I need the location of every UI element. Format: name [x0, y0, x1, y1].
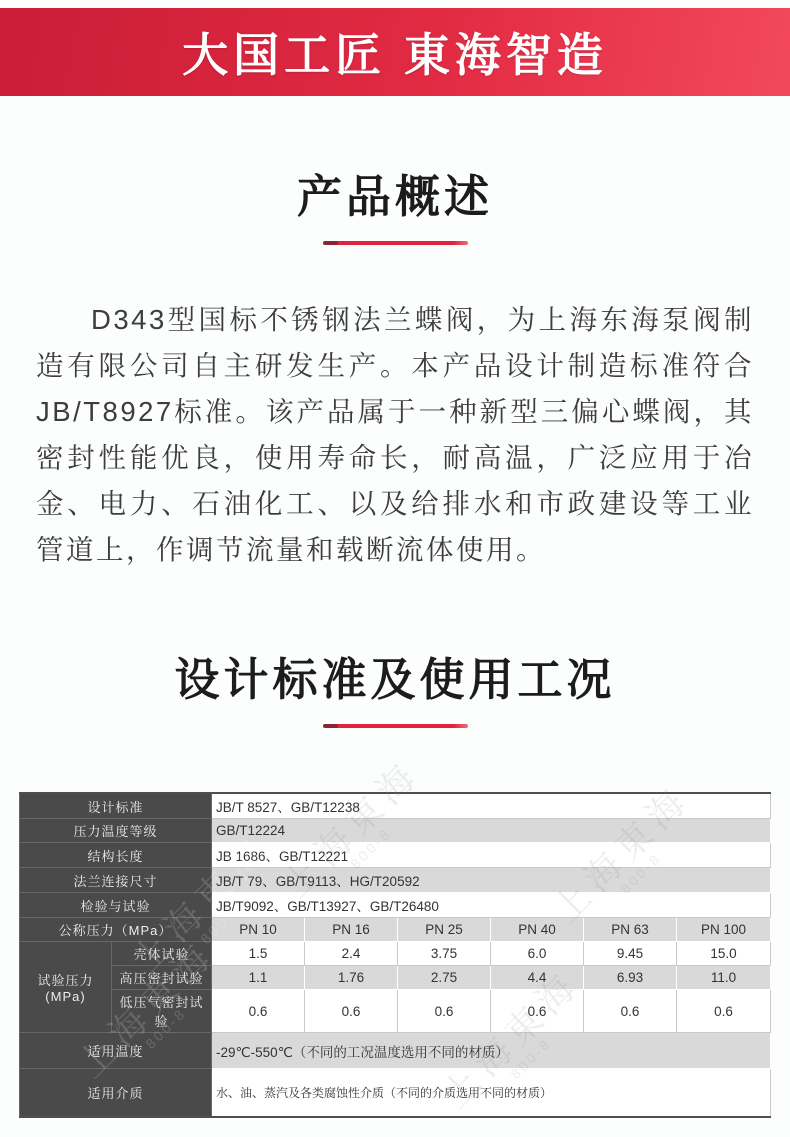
top-banner: 大国工匠 東海智造 [0, 8, 790, 96]
row-label-cell: 设计标准 [20, 793, 212, 819]
value-cell: 0.6 [584, 990, 677, 1033]
row-value-cell: JB/T 8527、GB/T12238 [212, 793, 771, 819]
value-cell: 0.6 [305, 990, 398, 1033]
row-label-cell: 结构长度 [20, 843, 212, 868]
table-row: 压力温度等级 GB/T12224 [20, 819, 771, 843]
value-cell: 1.1 [212, 966, 305, 990]
row-label-cell: 压力温度等级 [20, 819, 212, 843]
value-cell: 15.0 [677, 942, 771, 966]
row-label-cell: 检验与试验 [20, 893, 212, 918]
table-row: 适用介质 水、油、蒸汽及各类腐蚀性介质（不同的介质选用不同的材质） [20, 1069, 771, 1117]
value-cell: 4.4 [491, 966, 584, 990]
sub-label-cell: 高压密封试验 [112, 966, 212, 990]
heading-underline [323, 241, 468, 245]
row-value-cell: JB 1686、GB/T12221 [212, 843, 771, 868]
row-value-cell: -29℃-550℃（不同的工况温度选用不同的材质） [212, 1033, 771, 1069]
row-label-cell: 适用介质 [20, 1069, 212, 1117]
row-label-cell: 适用温度 [20, 1033, 212, 1069]
value-cell: 0.6 [491, 990, 584, 1033]
value-cell: 3.75 [398, 942, 491, 966]
value-cell: 1.76 [305, 966, 398, 990]
pn-header-cell: PN 10 [212, 918, 305, 942]
value-cell: 11.0 [677, 966, 771, 990]
table-row: 检验与试验 JB/T9092、GB/T13927、GB/T26480 [20, 893, 771, 918]
overview-heading: 产品概述 [0, 160, 790, 225]
row-value-cell: JB/T 79、GB/T9113、HG/T20592 [212, 868, 771, 893]
banner-title: 大国工匠 東海智造 [182, 19, 608, 85]
pn-header-row: 公称压力（MPa） PN 10 PN 16 PN 25 PN 40 PN 63 … [20, 918, 771, 942]
sub-label-cell: 壳体试验 [112, 942, 212, 966]
value-cell: 2.75 [398, 966, 491, 990]
row-value-cell: GB/T12224 [212, 819, 771, 843]
pn-header-cell: PN 100 [677, 918, 771, 942]
row-value-cell: 水、油、蒸汽及各类腐蚀性介质（不同的介质选用不同的材质） [212, 1069, 771, 1117]
sub-label-cell: 低压气密封试验 [112, 990, 212, 1033]
table-row: 结构长度 JB 1686、GB/T12221 [20, 843, 771, 868]
spec-table: 设计标准 JB/T 8527、GB/T12238 压力温度等级 GB/T1222… [19, 792, 771, 1118]
design-heading: 设计标准及使用工况 [0, 643, 790, 708]
value-cell: 9.45 [584, 942, 677, 966]
pn-header-cell: PN 16 [305, 918, 398, 942]
value-cell: 0.6 [398, 990, 491, 1033]
heading-underline [323, 724, 468, 728]
pn-header-cell: PN 63 [584, 918, 677, 942]
row-label-cell: 法兰连接尺寸 [20, 868, 212, 893]
value-cell: 6.93 [584, 966, 677, 990]
table-row: 设计标准 JB/T 8527、GB/T12238 [20, 793, 771, 819]
spec-table-wrap: 设计标准 JB/T 8527、GB/T12238 压力温度等级 GB/T1222… [19, 792, 771, 1118]
value-cell: 0.6 [212, 990, 305, 1033]
value-cell: 0.6 [677, 990, 771, 1033]
pn-header-cell: PN 25 [398, 918, 491, 942]
table-row: 低压气密封试验 0.6 0.6 0.6 0.6 0.6 0.6 [20, 990, 771, 1033]
table-row: 适用温度 -29℃-550℃（不同的工况温度选用不同的材质） [20, 1033, 771, 1069]
test-pressure-group-label: 试验压力(MPa) [20, 942, 112, 1033]
value-cell: 2.4 [305, 942, 398, 966]
overview-paragraph: D343型国标不锈钢法兰蝶阀，为上海东海泵阀制造有限公司自主研发生产。本产品设计… [36, 297, 754, 573]
pn-header-cell: PN 40 [491, 918, 584, 942]
table-row: 试验压力(MPa) 壳体试验 1.5 2.4 3.75 6.0 9.45 15.… [20, 942, 771, 966]
table-row: 高压密封试验 1.1 1.76 2.75 4.4 6.93 11.0 [20, 966, 771, 990]
value-cell: 6.0 [491, 942, 584, 966]
value-cell: 1.5 [212, 942, 305, 966]
row-label-cell: 公称压力（MPa） [20, 918, 212, 942]
row-value-cell: JB/T9092、GB/T13927、GB/T26480 [212, 893, 771, 918]
table-row: 法兰连接尺寸 JB/T 79、GB/T9113、HG/T20592 [20, 868, 771, 893]
